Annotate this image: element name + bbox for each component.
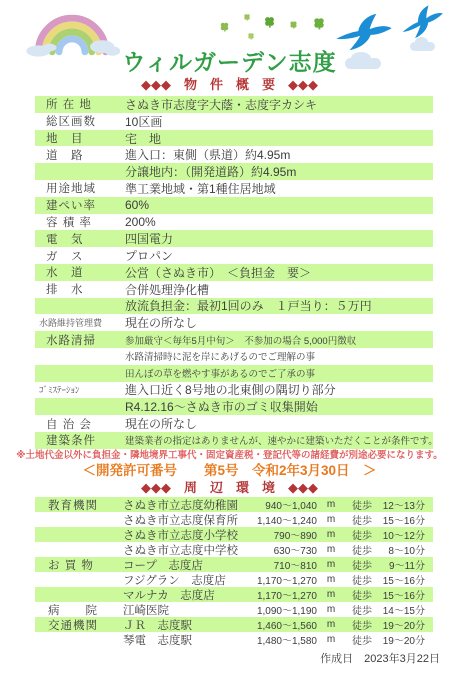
environment-row-walk: 徒歩 [345,602,379,617]
environment-row-time: 15～16分 [379,587,433,602]
environment-row-name: さぬき市立志度中学校 [123,542,255,558]
extra-cost-note: ※土地代金以外に負担金・隣地境界工事代・固定資産税・登記代等の諸経費が別途必要に… [0,449,459,462]
overview-row: 水 道公営（さぬき市） ＜負担金 要＞ [35,264,433,281]
environment-row-distance: 1,460～1,560 [255,617,317,632]
environment-row-distance: 630～730 [255,542,317,557]
overview-row: 田んぼの草を燃やす事があるのでご了承の事 [35,365,433,382]
overview-row-label: 電 気 [35,231,125,247]
overview-row-label: 道 路 [35,147,125,163]
environment-row-walk: 徒歩 [345,617,379,632]
environment-row-category: 交通機関 [35,617,123,633]
environment-row-walk: 徒歩 [345,632,379,647]
environment-row: さぬき市立志度小学校790～890m徒歩10～12分 [35,527,433,542]
environment-row: マルナカ 志度店1,170～1,270m徒歩15～16分 [35,587,433,602]
environment-row: さぬき市立志度中学校630～730m徒歩8～10分 [35,542,433,557]
overview-row-value: 合併処理浄化槽 [125,281,433,298]
overview-row: 自 治 会現在の所なし [35,415,433,432]
overview-row: ｺﾞﾐｽﾃｰｼｮﾝ進入口近く8号地の北東側の隅切り部分 [35,382,433,399]
environment-row-unit: m [317,529,345,540]
overview-row-value: 準工業地域・第1種住居地域 [125,180,433,197]
environment-row-unit: m [317,589,345,600]
environment-row-walk: 徒歩 [345,587,379,602]
overview-row: 用途地域準工業地域・第1種住居地域 [35,180,433,197]
environment-row-category: 教育機関 [35,497,123,513]
overview-row-label: 総区画数 [35,113,125,129]
property-flyer: ウィルガーデン志度 ◆◆◆ 物 件 概 要 ◆◆◆ 所 在 地さぬき市志度字大蔭… [0,0,459,700]
environment-row-unit: m [317,634,345,645]
environment-row-time: 19～20分 [379,617,433,632]
overview-row-value: プロパン [125,247,433,264]
overview-row-value: 60% [125,198,433,212]
environment-row-name: フジグラン 志度店 [123,572,255,588]
overview-row: R4.12.16～さぬき市のゴミ収集開始 [35,398,433,415]
overview-row: 道 路進入口：東側（県道）約4.95m [35,146,433,163]
overview-row-label: 建ぺい率 [35,197,125,213]
environment-row: 交通機関ＪＲ 志度駅1,460～1,560m徒歩19～20分 [35,617,433,632]
overview-row: 電 気四国電力 [35,230,433,247]
environment-row: お 買 物コープ 志度店710～810m徒歩9～11分 [35,557,433,572]
overview-row: 建ぺい率60% [35,197,433,214]
clover-icon [289,20,298,29]
environment-row-distance: 1,090～1,190 [255,602,317,617]
overview-row-value: 建築業者の指定はありませんが、速やかに建築いただくことが条件です。 [125,433,433,447]
environment-row-time: 15～16分 [379,572,433,587]
environment-table: 教育機関さぬき市立志度幼稚園940～1,040m徒歩12～13分さぬき市立志度保… [35,497,433,647]
environment-row: さぬき市立志度保育所1,140～1,240m徒歩15～16分 [35,512,433,527]
clover-icon [263,15,276,28]
overview-row-value: 進入口近く8号地の北東側の隅切り部分 [125,381,433,398]
overview-row-label: 建築条件 [35,432,125,448]
environment-row-name: ＪＲ 志度駅 [123,617,255,633]
overview-row-value: 参加厳守＜毎年5月中旬＞ 不参加の場合 5,000円徴収 [125,333,433,347]
environment-row-name: コープ 志度店 [123,557,255,573]
overview-row-value: 放流負担金：最初1回のみ １戸当り：５万円 [125,297,433,314]
environment-row: 教育機関さぬき市立志度幼稚園940～1,040m徒歩12～13分 [35,497,433,512]
overview-row-value: 宅 地 [125,130,433,147]
environment-row-unit: m [317,574,345,585]
overview-row: 水路清掃参加厳守＜毎年5月中旬＞ 不参加の場合 5,000円徴収 [35,331,433,348]
section-title-environment: ◆◆◆ 周 辺 環 境 ◆◆◆ [0,480,459,496]
overview-row-value: 10区画 [125,113,433,130]
overview-row-label: ガ ス [35,248,125,264]
overview-row-value: 200% [125,215,433,229]
environment-row-unit: m [317,499,345,510]
environment-row-unit: m [317,619,345,630]
overview-row-value: 現在の所なし [125,415,433,432]
environment-row-time: 19～20分 [379,632,433,647]
environment-row-distance: 1,480～1,580 [255,632,317,647]
overview-row-label: ｺﾞﾐｽﾃｰｼｮﾝ [35,383,125,396]
overview-row-value: 進入口：東側（県道）約4.95m [125,146,433,163]
overview-row: 排 水合併処理浄化槽 [35,281,433,298]
overview-row-value: 現在の所なし [125,314,433,331]
environment-row-name: さぬき市立志度保育所 [123,512,255,528]
environment-row-time: 10～12分 [379,527,433,542]
environment-row-time: 8～10分 [379,542,433,557]
overview-row: 建築条件建築業者の指定はありませんが、速やかに建築いただくことが条件です。 [35,432,433,449]
environment-row-name: さぬき市立志度小学校 [123,527,255,543]
overview-row: ガ スプロパン [35,247,433,264]
environment-row-name: 琴電 志度駅 [123,632,255,648]
clover-icon [312,16,326,30]
clover-icon [219,21,230,32]
environment-row-distance: 790～890 [255,527,317,542]
environment-row-walk: 徒歩 [345,542,379,557]
overview-row-label: 水路維持管理費 [35,316,125,329]
environment-row-distance: 710～810 [255,557,317,572]
environment-row-unit: m [317,604,345,615]
overview-row-value: 公営（さぬき市） ＜負担金 要＞ [125,264,433,281]
environment-row-time: 12～13分 [379,497,433,512]
overview-row: 放流負担金：最初1回のみ １戸当り：５万円 [35,298,433,315]
environment-row-distance: 1,170～1,270 [255,587,317,602]
environment-row-walk: 徒歩 [345,557,379,572]
page-title: ウィルガーデン志度 [0,49,459,75]
overview-row: 地 目宅 地 [35,130,433,147]
environment-row-category: お 買 物 [35,557,123,573]
bird-icon [332,12,394,54]
overview-row: 総区画数10区画 [35,113,433,130]
created-date: 作成日 2023年3月22日 [320,650,440,666]
overview-row-label: 容 積 率 [35,214,125,230]
created-date-value: 2023年3月22日 [364,653,440,665]
clover-icon [247,32,255,40]
environment-row-unit: m [317,559,345,570]
environment-row-unit: m [317,514,345,525]
clover-icon [243,13,251,21]
overview-table: 所 在 地さぬき市志度字大蔭・志度字カシキ総区画数10区画地 目宅 地道 路進入… [35,96,433,449]
environment-row-time: 14～15分 [379,602,433,617]
environment-row-category: 病 院 [35,602,123,618]
environment-row-name: マルナカ 志度店 [123,587,255,603]
overview-row: 水路維持管理費現在の所なし [35,314,433,331]
overview-row-value: 田んぼの草を燃やす事があるのでご了承の事 [125,366,433,380]
environment-row-distance: 940～1,040 [255,497,317,512]
environment-row-walk: 徒歩 [345,512,379,527]
overview-row-label: 水路清掃 [35,332,125,348]
overview-row-label: 所 在 地 [35,96,125,112]
overview-row-label: 排 水 [35,281,125,297]
environment-row-distance: 1,170～1,270 [255,572,317,587]
environment-row-unit: m [317,544,345,555]
overview-row-label: 水 道 [35,264,125,280]
environment-row-walk: 徒歩 [345,572,379,587]
environment-row-walk: 徒歩 [345,497,379,512]
environment-row-name: 江崎医院 [123,602,255,618]
section-title-overview: ◆◆◆ 物 件 概 要 ◆◆◆ [0,77,459,93]
environment-row-time: 9～11分 [379,557,433,572]
environment-row: 病 院江崎医院1,090～1,190m徒歩14～15分 [35,602,433,617]
overview-row: 分譲地内：（開発道路）約4.95m [35,163,433,180]
environment-row: フジグラン 志度店1,170～1,270m徒歩15～16分 [35,572,433,587]
overview-row-value: 水路清掃時に泥を岸にあげるのでご理解の事 [125,349,433,363]
environment-row-name: さぬき市立志度幼稚園 [123,497,255,513]
overview-row-value: 四国電力 [125,230,433,247]
overview-row-value: R4.12.16～さぬき市のゴミ収集開始 [125,398,433,415]
overview-row: 水路清掃時に泥を岸にあげるのでご理解の事 [35,348,433,365]
overview-row-label: 地 目 [35,130,125,146]
created-date-label: 作成日 [320,653,353,665]
overview-row: 所 在 地さぬき市志度字大蔭・志度字カシキ [35,96,433,113]
overview-row-value: 分譲地内：（開発道路）約4.95m [125,163,433,180]
overview-row-label: 用途地域 [35,180,125,196]
environment-row-walk: 徒歩 [345,527,379,542]
overview-row: 容 積 率200% [35,214,433,231]
development-permit-number: ＜開発許可番号 第5号 令和2年3月30日 ＞ [0,462,459,480]
environment-row-distance: 1,140～1,240 [255,512,317,527]
overview-row-value: さぬき市志度字大蔭・志度字カシキ [125,96,433,113]
environment-row: 琴電 志度駅1,480～1,580m徒歩19～20分 [35,632,433,647]
overview-row-label: 自 治 会 [35,416,125,432]
environment-row-time: 15～16分 [379,512,433,527]
